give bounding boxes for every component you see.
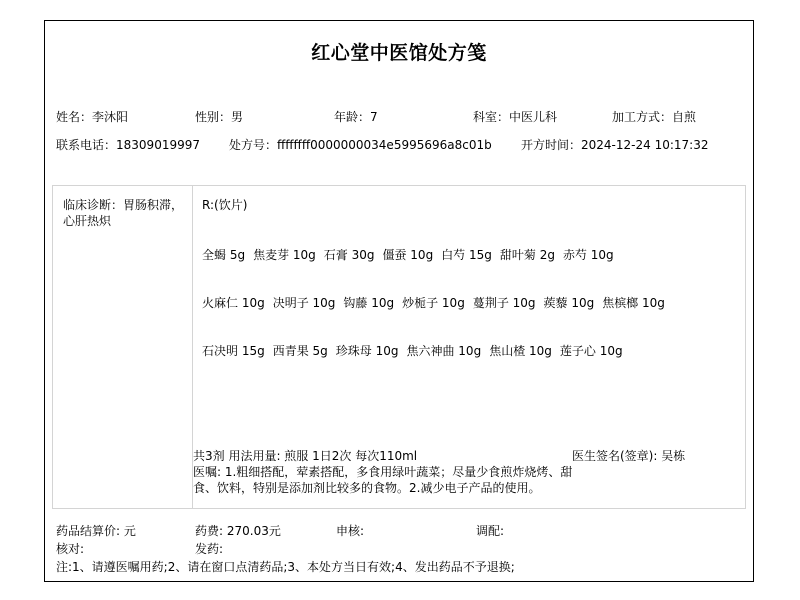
herb-item: 全蝎 5g: [202, 248, 245, 262]
fee-value: 270.03元: [227, 524, 281, 538]
herb-item: 西青果 5g: [273, 344, 328, 358]
herb-item: 甜叶菊 2g: [500, 248, 555, 262]
herb-item: 石决明 15g: [202, 344, 265, 358]
herb-item: 珍珠母 10g: [336, 344, 399, 358]
herb-item: 僵蚕 10g: [382, 248, 433, 262]
department-field: 科室：中医儿科: [473, 110, 557, 124]
rx-time-label: 开方时间：: [521, 138, 581, 152]
check-field: 核对:: [56, 541, 84, 557]
herb-item: 焦山楂 10g: [489, 344, 552, 358]
patient-gender-label: 性别：: [195, 110, 231, 124]
herb-item: 赤芍 10g: [563, 248, 614, 262]
issue-field: 发药:: [195, 541, 223, 557]
patient-age-label: 年龄：: [334, 110, 370, 124]
rx-number-label: 处方号：: [229, 138, 277, 152]
processing-field: 加工方式：自煎: [612, 110, 696, 124]
herb-item: 焦槟榔 10g: [602, 296, 665, 310]
department-value: 中医儿科: [509, 110, 557, 124]
dispense-field: 调配:: [476, 523, 504, 539]
usage-text: 共3剂 用法用量: 煎服 1日2次 每次110ml: [193, 448, 573, 464]
herb-item: 火麻仁 10g: [202, 296, 265, 310]
settlement-value: 元: [124, 524, 136, 538]
prescription-table: 临床诊断：胃肠积滞，心肝热炽 R:(饮片) 全蝎 5g焦麦芽 10g石膏 30g…: [52, 185, 746, 509]
advice-text: 1.粗细搭配，荤素搭配，多食用绿叶蔬菜；尽量少食煎炸烧烤、甜食、饮料，特别是添加…: [193, 465, 572, 495]
herb-item: 白芍 15g: [441, 248, 492, 262]
doctor-advice: 医嘱: 1.粗细搭配，荤素搭配，多食用绿叶蔬菜；尽量少食煎炸烧烤、甜食、饮料，特…: [193, 464, 573, 496]
settlement-price-field: 药品结算价: 元: [56, 523, 136, 539]
fee-label: 药费:: [195, 524, 223, 538]
advice-label: 医嘱:: [193, 465, 221, 479]
herb-item: 决明子 10g: [273, 296, 336, 310]
patient-age-field: 年龄：7: [334, 110, 378, 124]
settlement-label: 药品结算价:: [56, 524, 120, 538]
phone-field: 联系电话：18309019997: [56, 138, 200, 152]
doctor-signature: 医生签名(签章): 吴栋: [572, 448, 685, 464]
review-field: 申核:: [336, 523, 364, 539]
herb-item: 莲子心 10g: [560, 344, 623, 358]
drug-fee-field: 药费: 270.03元: [195, 523, 281, 539]
patient-name-label: 姓名：: [56, 110, 92, 124]
rx-time-field: 开方时间：2024-12-24 10:17:32: [521, 138, 708, 152]
patient-gender-field: 性别：男: [195, 110, 243, 124]
herb-line-1: 全蝎 5g焦麦芽 10g石膏 30g僵蚕 10g白芍 15g甜叶菊 2g赤芍 1…: [202, 246, 622, 263]
phone-value: 18309019997: [116, 138, 200, 152]
patient-name-value: 李沐阳: [92, 110, 128, 124]
herb-line-2: 火麻仁 10g决明子 10g钩藤 10g炒栀子 10g蔓荆子 10g蒺藜 10g…: [202, 294, 673, 311]
patient-name-field: 姓名：李沐阳: [56, 110, 128, 124]
herb-item: 钩藤 10g: [343, 296, 394, 310]
herb-item: 焦麦芽 10g: [253, 248, 316, 262]
clinical-diagnosis: 临床诊断：胃肠积滞，心肝热炽: [63, 197, 188, 229]
herb-item: 蔓荆子 10g: [473, 296, 536, 310]
rx-number-field: 处方号：ffffffff0000000034e5995696a8c01b: [229, 138, 492, 152]
processing-label: 加工方式：: [612, 110, 672, 124]
usage-and-advice: 共3剂 用法用量: 煎服 1日2次 每次110ml 医嘱: 1.粗细搭配，荤素搭…: [193, 448, 573, 496]
herb-item: 蒺藜 10g: [544, 296, 595, 310]
phone-label: 联系电话：: [56, 138, 116, 152]
herb-line-3: 石决明 15g西青果 5g珍珠母 10g焦六神曲 10g焦山楂 10g莲子心 1…: [202, 342, 631, 359]
rx-header: R:(饮片): [202, 198, 247, 212]
doctor-signature-label: 医生签名(签章):: [572, 449, 657, 463]
herb-item: 炒栀子 10g: [402, 296, 465, 310]
herb-item: 石膏 30g: [324, 248, 375, 262]
rx-number-value: ffffffff0000000034e5995696a8c01b: [277, 138, 492, 152]
department-label: 科室：: [473, 110, 509, 124]
herb-item: 焦六神曲 10g: [406, 344, 481, 358]
patient-age-value: 7: [370, 110, 378, 124]
patient-gender-value: 男: [231, 110, 243, 124]
diagnosis-label: 临床诊断：: [63, 198, 123, 212]
doctor-name: 吴栋: [661, 449, 685, 463]
notes-text: 注:1、请遵医嘱用药;2、请在窗口点清药品;3、本处方当日有效;4、发出药品不予…: [56, 559, 515, 575]
page-title: 红心堂中医馆处方笺: [45, 38, 753, 65]
prescription-sheet: 红心堂中医馆处方笺 姓名：李沐阳 性别：男 年龄：7 科室：中医儿科 加工方式：…: [44, 20, 754, 582]
rx-time-value: 2024-12-24 10:17:32: [581, 138, 708, 152]
processing-value: 自煎: [672, 110, 696, 124]
